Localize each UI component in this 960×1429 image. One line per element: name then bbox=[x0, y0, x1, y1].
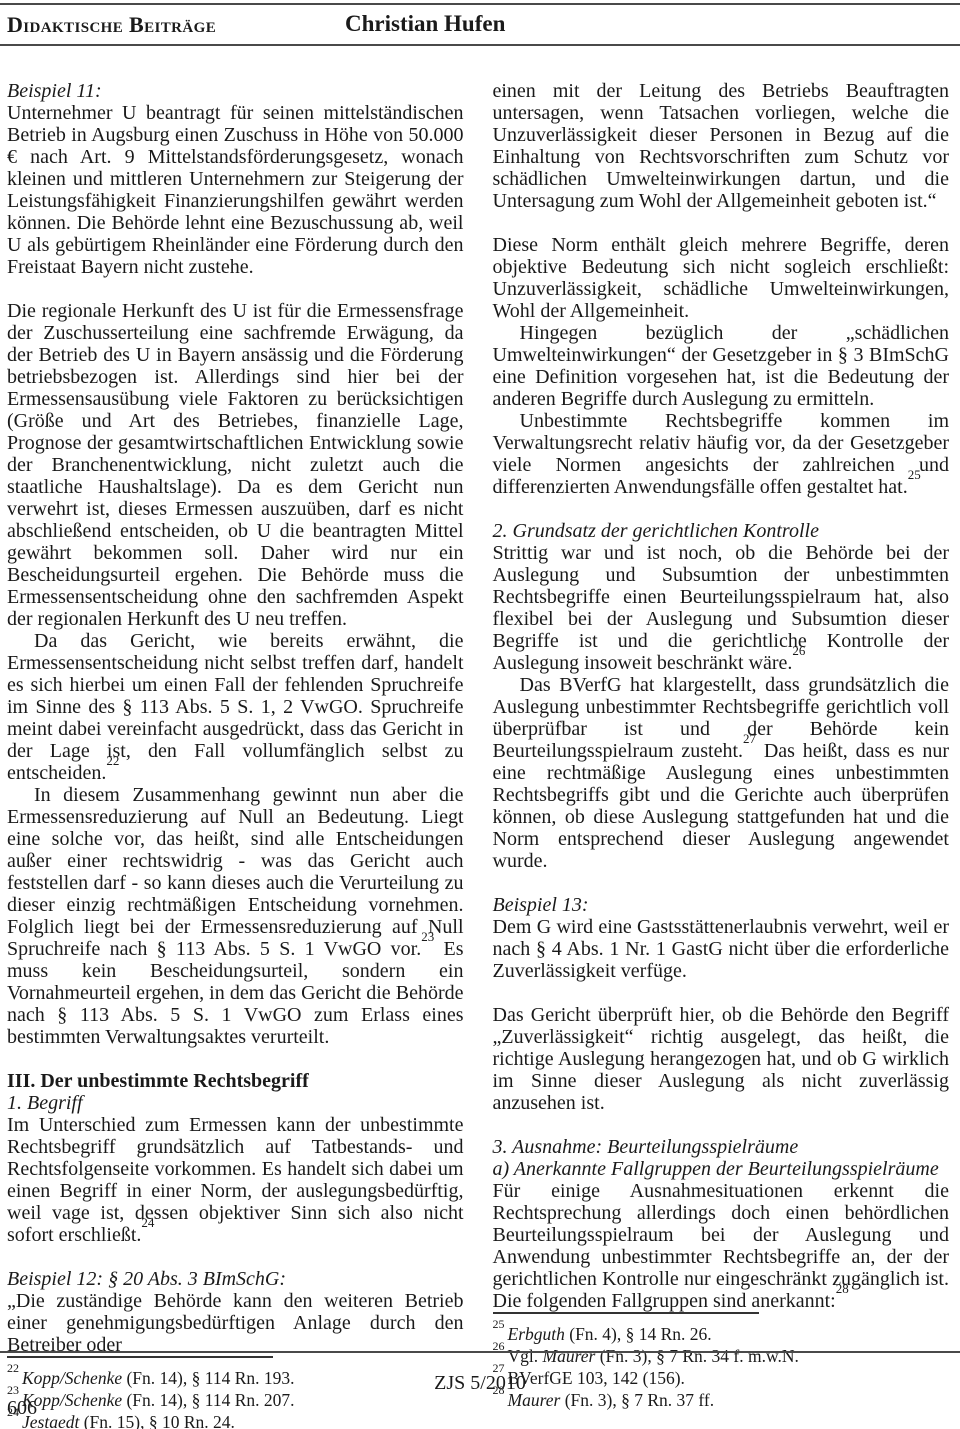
paragraph: Unbestimmte Rechtsbegriffe kommen im Ver… bbox=[493, 410, 950, 498]
footnote-reference: 28 bbox=[836, 1281, 849, 1296]
paragraph: Unternehmer U beantragt für seinen mitte… bbox=[7, 102, 464, 278]
left-column: Beispiel 11:Unternehmer U beantragt für … bbox=[7, 80, 464, 1336]
footnote: 24Jestaedt (Fn. 15), § 10 Rn. 24. bbox=[7, 1411, 464, 1429]
left-column-content: Beispiel 11:Unternehmer U beantragt für … bbox=[7, 80, 464, 1356]
subheading: Beispiel 12: § 20 Abs. 3 BImSchG: bbox=[7, 1268, 464, 1290]
masthead-section-label: Didaktische Beiträge bbox=[7, 12, 216, 38]
footnote-number: 25 bbox=[493, 1317, 505, 1331]
footnote: 26Vgl. Maurer (Fn. 3), § 7 Rn. 34 f. m.w… bbox=[493, 1345, 950, 1367]
right-footnotes: 25Erbguth (Fn. 4), § 14 Rn. 26.26Vgl. Ma… bbox=[493, 1312, 950, 1411]
italic-text: Erbguth bbox=[508, 1324, 565, 1344]
subheading: Beispiel 11: bbox=[7, 80, 464, 102]
header-rule bbox=[0, 44, 960, 46]
right-column-content: einen mit der Leitung des Betriebs Beauf… bbox=[493, 80, 950, 1312]
footnote-reference: 26 bbox=[792, 643, 805, 658]
footnote: 25Erbguth (Fn. 4), § 14 Rn. 26. bbox=[493, 1323, 950, 1345]
paragraph: Im Unterschied zum Ermessen kann der unb… bbox=[7, 1114, 464, 1246]
text-columns: Beispiel 11:Unternehmer U beantragt für … bbox=[7, 80, 949, 1336]
footnote-reference: 24 bbox=[141, 1215, 154, 1230]
journal-issue-label: ZJS 5/2010 bbox=[0, 1372, 960, 1395]
subheading: 3. Ausnahme: Beurteilungsspielräume bbox=[493, 1136, 950, 1158]
paragraph: In diesem Zusammenhang gewinnt nun aber … bbox=[7, 784, 464, 1048]
top-rule bbox=[0, 3, 960, 5]
masthead-author: Christian Hufen bbox=[345, 11, 505, 37]
paragraph: Hingegen bezüglich der „schädlichen Umwe… bbox=[493, 322, 950, 410]
right-column: einen mit der Leitung des Betriebs Beauf… bbox=[493, 80, 950, 1336]
footnote-reference: 25 bbox=[908, 467, 921, 482]
right-footnote-list: 25Erbguth (Fn. 4), § 14 Rn. 26.26Vgl. Ma… bbox=[493, 1323, 950, 1411]
paragraph: Diese Norm enthält gleich mehrere Begrif… bbox=[493, 234, 950, 322]
footnote-reference: 23 bbox=[421, 929, 434, 944]
paragraph: Das BVerfG hat klargestellt, dass grunds… bbox=[493, 674, 950, 872]
paragraph: Die regionale Herkunft des U ist für die… bbox=[7, 300, 464, 630]
subheading: a) Anerkannte Fallgruppen der Beurteilun… bbox=[493, 1158, 950, 1180]
paragraph: Strittig war und ist noch, ob die Behörd… bbox=[493, 542, 950, 674]
page-number: 606 bbox=[7, 1397, 37, 1420]
section-heading: III. Der unbestimmte Rechtsbegriff bbox=[7, 1070, 464, 1092]
paragraph: Da das Gericht, wie bereits erwähnt, die… bbox=[7, 630, 464, 784]
italic-text: Maurer bbox=[543, 1346, 596, 1366]
footnote-separator bbox=[493, 1312, 759, 1314]
subheading: 1. Begriff bbox=[7, 1092, 464, 1114]
subheading: 2. Grundsatz der gerichtlichen Kontrolle bbox=[493, 520, 950, 542]
paragraph: einen mit der Leitung des Betriebs Beauf… bbox=[493, 80, 950, 212]
paragraph: „Die zuständige Behörde kann den weitere… bbox=[7, 1290, 464, 1356]
footnote-reference: 27 bbox=[743, 731, 756, 746]
footnote-reference: 22 bbox=[106, 753, 119, 768]
footnote-separator bbox=[7, 1356, 273, 1358]
footer-rule bbox=[0, 1351, 960, 1353]
subheading: Beispiel 13: bbox=[493, 894, 950, 916]
paragraph: Dem G wird eine Gastsstättenerlaubnis ve… bbox=[493, 916, 950, 982]
paragraph: Für einige Ausnahmesituationen erkennt d… bbox=[493, 1180, 950, 1312]
paragraph: Das Gericht überprüft hier, ob die Behör… bbox=[493, 1004, 950, 1114]
journal-page: Didaktische Beiträge Christian Hufen Bei… bbox=[0, 0, 960, 1429]
